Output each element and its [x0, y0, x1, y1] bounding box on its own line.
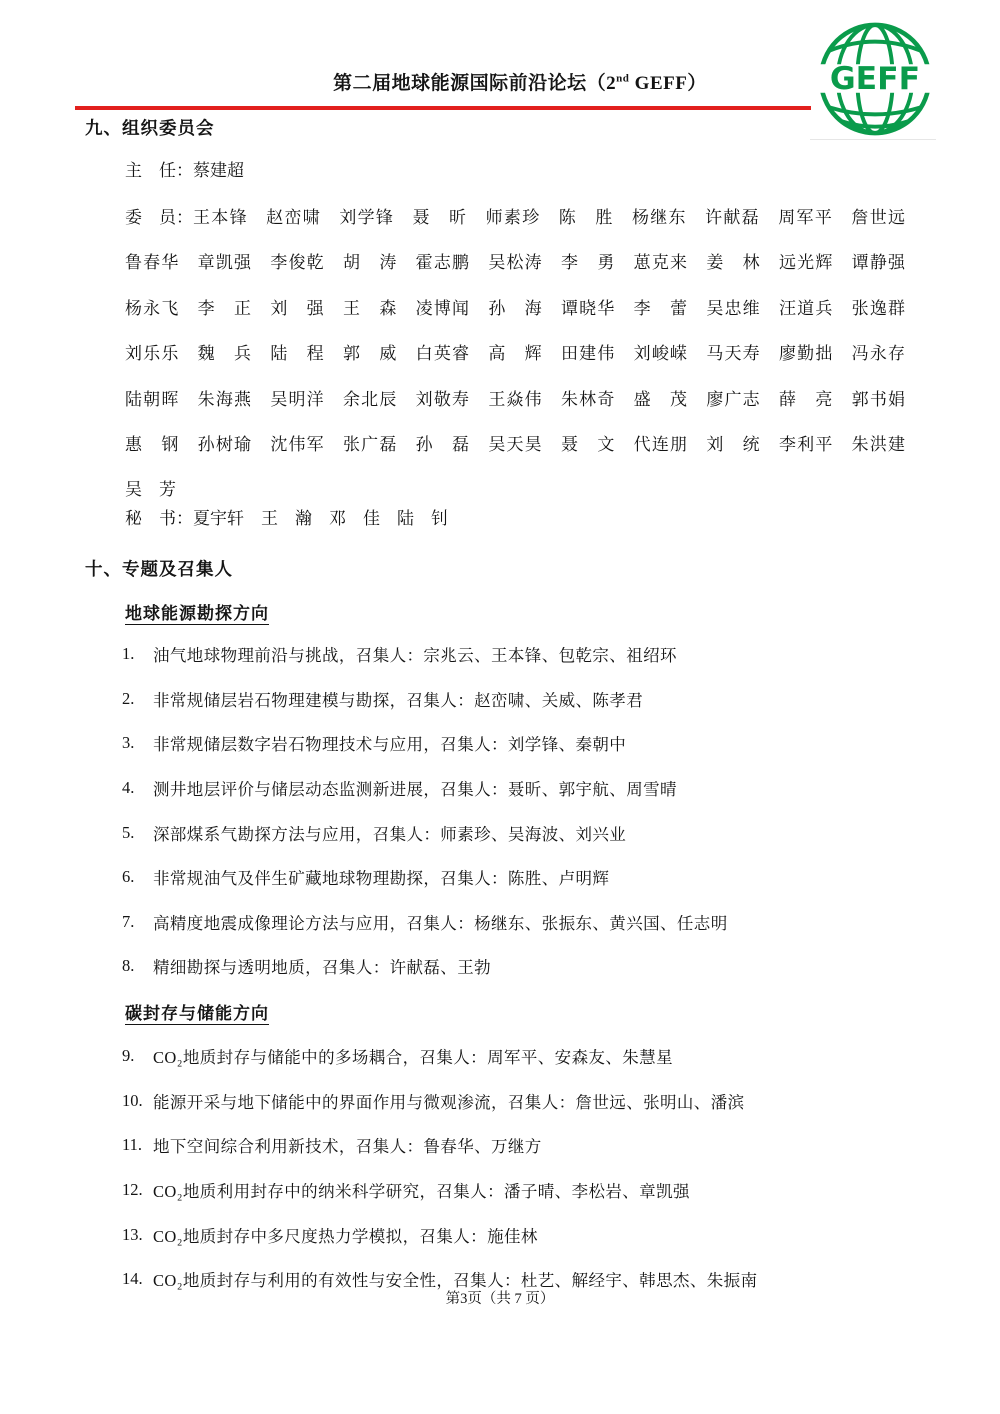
header-rule	[75, 106, 811, 110]
topic-item-text: 能源开采与地下储能中的界面作用与微观渗流，召集人：詹世远、张明山、潘滨	[153, 1089, 922, 1113]
member-line: 杨永飞 李 正 刘 强 王 森 凌博闻 孙 海 谭晓华 李 蕾 吴忠维 汪道兵 …	[125, 286, 905, 331]
member-line: 委 员： 王本锋 赵峦啸 刘学锋 聂 昕 师素珍 陈 胜 杨继东 许献磊 周军平…	[125, 195, 905, 240]
section-heading-committee: 九、组织委员会	[85, 115, 215, 140]
topic-item-text: 地下空间综合利用新技术，召集人：鲁春华、万继方	[153, 1133, 922, 1157]
topic-item: 11. 地下空间综合利用新技术，召集人：鲁春华、万继方	[122, 1123, 922, 1168]
topic-item-text: 精细勘探与透明地质，召集人：许献磊、王勃	[153, 954, 922, 978]
page-number: 第3页（共 7 页）	[0, 1287, 1000, 1308]
topic-item-number: 9.	[122, 1046, 153, 1066]
topic-item-text: 深部煤系气勘探方法与应用，召集人：师素珍、吴海波、刘兴业	[153, 821, 922, 845]
topic-group-heading-carbon: 碳封存与储能方向	[125, 999, 269, 1024]
topic-item-number: 12.	[122, 1180, 153, 1200]
topic-item: 3. 非常规储层数字岩石物理技术与应用，召集人：刘学锋、秦朝中	[122, 721, 922, 766]
topic-item-number: 1.	[122, 644, 153, 664]
topic-item-text: 高精度地震成像理论方法与应用，召集人：杨继东、张振东、黄兴国、任志明	[153, 910, 922, 934]
section-heading-topics: 十、专题及召集人	[85, 556, 233, 581]
committee-members: 委 员： 王本锋 赵峦啸 刘学锋 聂 昕 师素珍 陈 胜 杨继东 许献磊 周军平…	[125, 195, 905, 513]
topic-item-text: 非常规储层岩石物理建模与勘探，召集人：赵峦啸、关威、陈孝君	[153, 687, 922, 711]
topic-item-text: 测井地层评价与储层动态监测新进展，召集人：聂昕、郭宇航、周雪晴	[153, 776, 922, 800]
topic-item: 4. 测井地层评价与储层动态监测新进展，召集人：聂昕、郭宇航、周雪晴	[122, 766, 922, 811]
topic-item-text: 非常规油气及伴生矿藏地球物理勘探，召集人：陈胜、卢明辉	[153, 865, 922, 889]
member-line-text: 王本锋 赵峦啸 刘学锋 聂 昕 师素珍 陈 胜 杨继东 许献磊 周军平 詹世远	[193, 195, 905, 240]
document-page: 第二届地球能源国际前沿论坛（2nd GEFF） GEFF 九、组织委员会 主 任…	[0, 0, 1000, 1414]
director-row: 主 任：蔡建超	[125, 156, 244, 181]
member-line: 陆朝晖 朱海燕 吴明洋 余北辰 刘敬寿 王焱伟 朱林奇 盛 茂 廖广志 薛 亮 …	[125, 377, 905, 422]
topic-item-text: CO₂地质封存中多尺度热力学模拟，召集人：施佳林	[153, 1223, 922, 1247]
topic-item: 7. 高精度地震成像理论方法与应用，召集人：杨继东、张振东、黄兴国、任志明	[122, 900, 922, 945]
members-label: 委 员：	[125, 195, 193, 240]
logo-underline	[810, 139, 936, 140]
topic-item-text: 油气地球物理前沿与挑战，召集人：宗兆云、王本锋、包乾宗、祖绍环	[153, 642, 922, 666]
topic-item: 5. 深部煤系气勘探方法与应用，召集人：师素珍、吴海波、刘兴业	[122, 810, 922, 855]
topic-item-number: 4.	[122, 778, 153, 798]
topic-item: 8. 精细勘探与透明地质，召集人：许献磊、王勃	[122, 944, 922, 989]
geff-logo: GEFF	[816, 20, 934, 138]
member-line: 鲁春华 章凯强 李俊乾 胡 涛 霍志鹏 吴松涛 李 勇 葸克来 姜 林 远光辉 …	[125, 240, 905, 285]
secretary-names: 夏宇轩 王 瀚 邓 佳 陆 钊	[193, 504, 448, 529]
member-line: 惠 钢 孙树瑜 沈伟军 张广磊 孙 磊 吴天昊 聂 文 代连朋 刘 统 李利平 …	[125, 422, 905, 467]
topic-item-number: 13.	[122, 1225, 153, 1245]
topic-item-number: 5.	[122, 823, 153, 843]
topic-item: 12. CO₂地质利用封存中的纳米科学研究，召集人：潘子晴、李松岩、章凯强	[122, 1168, 922, 1213]
secretary-label: 秘 书：	[125, 504, 193, 529]
topic-item-number: 6.	[122, 867, 153, 887]
topic-list-exploration: 1. 油气地球物理前沿与挑战，召集人：宗兆云、王本锋、包乾宗、祖绍环 2. 非常…	[122, 632, 922, 989]
topic-list-carbon: 9. CO₂地质封存与储能中的多场耦合，召集人：周军平、安森友、朱慧星 10. …	[122, 1034, 922, 1302]
page-title-superscript: nd	[616, 73, 629, 85]
member-line: 刘乐乐 魏 兵 陆 程 郭 威 白英睿 高 辉 田建伟 刘峻嵘 马天寿 廖勤拙 …	[125, 331, 905, 376]
director-name: 蔡建超	[193, 156, 244, 181]
page-title-suffix: GEFF）	[629, 73, 706, 94]
geff-logo-text: GEFF	[830, 61, 920, 97]
topic-item: 1. 油气地球物理前沿与挑战，召集人：宗兆云、王本锋、包乾宗、祖绍环	[122, 632, 922, 677]
topic-item: 9. CO₂地质封存与储能中的多场耦合，召集人：周军平、安森友、朱慧星	[122, 1034, 922, 1079]
topic-item: 13. CO₂地质封存中多尺度热力学模拟，召集人：施佳林	[122, 1212, 922, 1257]
secretary-row: 秘 书：夏宇轩 王 瀚 邓 佳 陆 钊	[125, 504, 448, 529]
topic-group-heading-exploration: 地球能源勘探方向	[125, 599, 269, 624]
topic-item-number: 7.	[122, 912, 153, 932]
globe-icon: GEFF	[816, 20, 934, 138]
topic-item-text: CO₂地质封存与储能中的多场耦合，召集人：周军平、安森友、朱慧星	[153, 1044, 922, 1068]
topic-item: 6. 非常规油气及伴生矿藏地球物理勘探，召集人：陈胜、卢明辉	[122, 855, 922, 900]
topic-item-number: 8.	[122, 956, 153, 976]
director-label: 主 任：	[125, 156, 193, 181]
topic-item-number: 3.	[122, 733, 153, 753]
topic-item: 2. 非常规储层岩石物理建模与勘探，召集人：赵峦啸、关威、陈孝君	[122, 677, 922, 722]
topic-item-text: 非常规储层数字岩石物理技术与应用，召集人：刘学锋、秦朝中	[153, 731, 922, 755]
topic-item-number: 10.	[122, 1091, 153, 1111]
topic-item-number: 2.	[122, 689, 153, 709]
page-title-prefix: 第二届地球能源国际前沿论坛（2	[333, 73, 616, 94]
topic-item: 10. 能源开采与地下储能中的界面作用与微观渗流，召集人：詹世远、张明山、潘滨	[122, 1079, 922, 1124]
topic-item-text: CO₂地质利用封存中的纳米科学研究，召集人：潘子晴、李松岩、章凯强	[153, 1178, 922, 1202]
topic-item-number: 11.	[122, 1135, 153, 1155]
